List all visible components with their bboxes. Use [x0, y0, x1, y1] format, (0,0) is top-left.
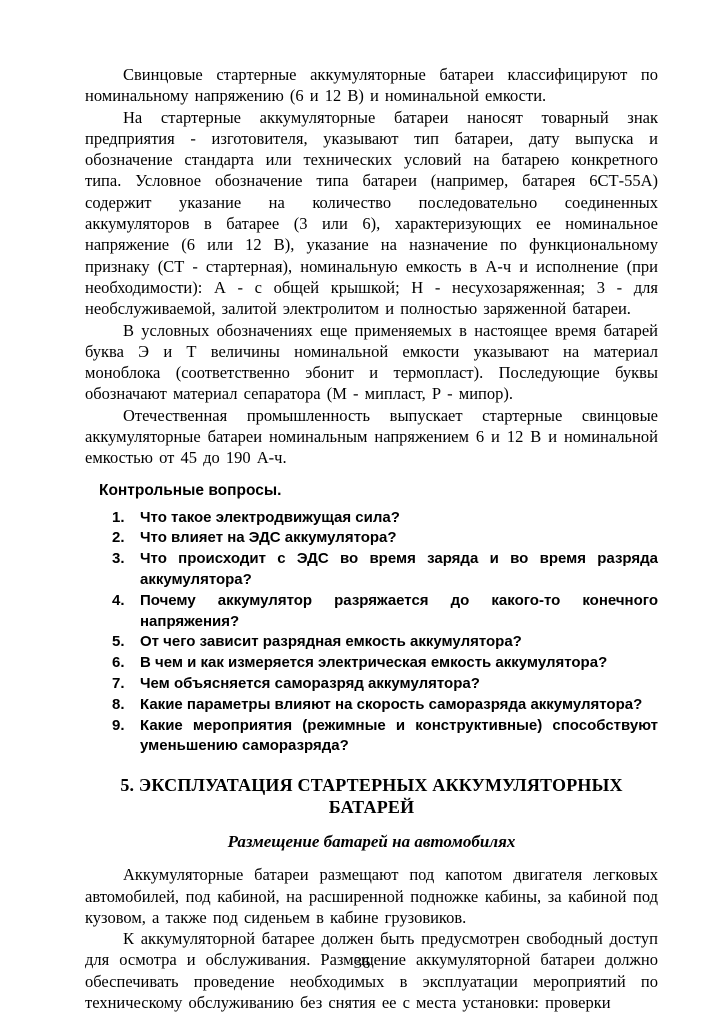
question-item: 5. От чего зависит разрядная емкость акк… [112, 632, 658, 653]
question-text: Почему аккумулятор разряжается до какого… [140, 591, 658, 633]
question-item: 1. Что такое электродвижущая сила? [112, 508, 658, 529]
question-number: 1. [112, 508, 140, 529]
question-number: 2. [112, 528, 140, 549]
document-page: Свинцовые стартерные аккумуляторные бата… [0, 0, 724, 1024]
control-questions-block: Контрольные вопросы. 1. Что такое электр… [85, 481, 658, 758]
question-number: 5. [112, 632, 140, 653]
intro-paragraph-1: Свинцовые стартерные аккумуляторные бата… [85, 64, 658, 107]
intro-paragraph-4: Отечественная промышленность выпускает с… [85, 405, 658, 469]
question-number: 4. [112, 591, 140, 633]
question-text: В чем и как измеряется электрическая емк… [140, 653, 658, 674]
question-text: Какие мероприятия (режимные и конструкти… [140, 716, 658, 758]
question-number: 6. [112, 653, 140, 674]
question-text: Чем объясняется саморазряд аккумулятора? [140, 674, 658, 695]
intro-paragraph-3: В условных обозначениях еще применяемых … [85, 320, 658, 405]
section-subtitle: Размещение батарей на автомобилях [85, 831, 658, 852]
intro-paragraph-2: На стартерные аккумуляторные батареи нан… [85, 107, 658, 320]
section-body: Аккумуляторные батареи размещают под кап… [85, 864, 658, 1013]
question-number: 3. [112, 549, 140, 591]
question-text: Что влияет на ЭДС аккумулятора? [140, 528, 658, 549]
question-item: 8. Какие параметры влияют на скорость са… [112, 695, 658, 716]
question-item: 6. В чем и как измеряется электрическая … [112, 653, 658, 674]
question-text: Какие параметры влияют на скорость самор… [140, 695, 658, 716]
question-item: 7. Чем объясняется саморазряд аккумулято… [112, 674, 658, 695]
section-paragraph-1: Аккумуляторные батареи размещают под кап… [85, 864, 658, 928]
question-item: 4. Почему аккумулятор разряжается до как… [112, 591, 658, 633]
questions-heading: Контрольные вопросы. [99, 481, 658, 501]
question-item: 2. Что влияет на ЭДС аккумулятора? [112, 528, 658, 549]
question-number: 7. [112, 674, 140, 695]
section-title: 5. ЭКСПЛУАТАЦИЯ СТАРТЕРНЫХ АККУМУЛЯТОРНЫ… [85, 774, 658, 818]
question-item: 3. Что происходит с ЭДС во время заряда … [112, 549, 658, 591]
question-text: Что такое электродвижущая сила? [140, 508, 658, 529]
question-item: 9. Какие мероприятия (режимные и констру… [112, 716, 658, 758]
question-number: 9. [112, 716, 140, 758]
question-text: От чего зависит разрядная емкость аккуму… [140, 632, 658, 653]
page-number: 36 [0, 953, 724, 973]
question-number: 8. [112, 695, 140, 716]
questions-list: 1. Что такое электродвижущая сила? 2. Чт… [85, 508, 658, 758]
question-text: Что происходит с ЭДС во время заряда и в… [140, 549, 658, 591]
